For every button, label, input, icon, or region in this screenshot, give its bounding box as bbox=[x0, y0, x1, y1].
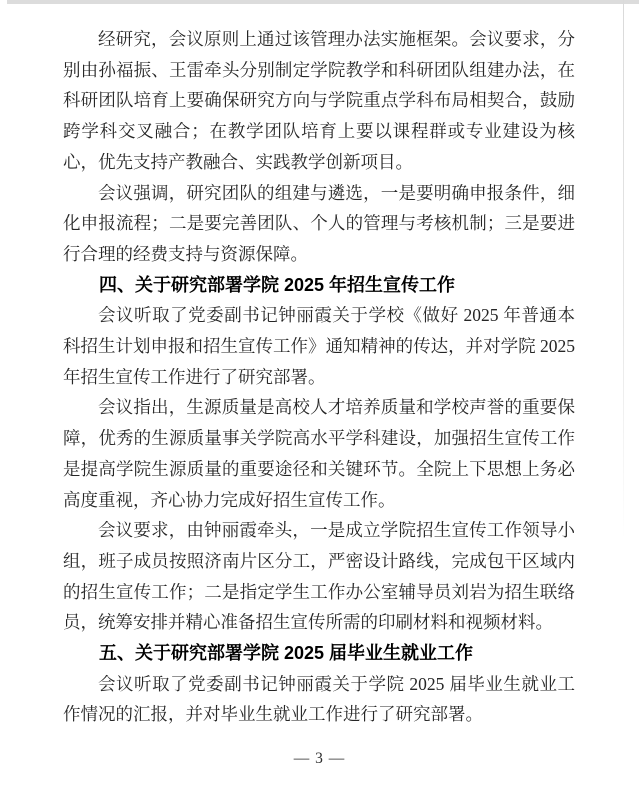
scanned-document: { "colors": { "page_background": "#fffff… bbox=[0, 0, 639, 804]
body-paragraph: 会议指出，生源质量是高校人才培养质量和学校声誉的重要保障，优秀的生源质量事关学院… bbox=[63, 392, 575, 515]
page-footer: — 3 — bbox=[0, 750, 639, 768]
document-body: 经研究，会议原则上通过该管理办法实施框架。会议要求，分别由孙福振、王雷牵头分别制… bbox=[63, 24, 575, 730]
body-paragraph: 会议听取了党委副书记钟丽霞关于学校《做好 2025 年普通本科招生计划申报和招生… bbox=[63, 300, 575, 392]
body-paragraph: 经研究，会议原则上通过该管理办法实施框架。会议要求，分别由孙福振、王雷牵头分别制… bbox=[63, 24, 575, 178]
page-number: — 3 — bbox=[294, 750, 346, 767]
scan-edge-right bbox=[623, 0, 624, 540]
section-heading: 五、关于研究部署学院 2025 届毕业生就业工作 bbox=[63, 638, 575, 669]
scan-edge-top bbox=[7, 0, 639, 4]
body-paragraph: 会议听取了党委副书记钟丽霞关于学院 2025 届毕业生就业工作情况的汇报，并对毕… bbox=[63, 669, 575, 730]
body-paragraph: 会议强调，研究团队的组建与遴选，一是要明确申报条件，细化申报流程；二是要完善团队… bbox=[63, 178, 575, 270]
section-heading: 四、关于研究部署学院 2025 年招生宣传工作 bbox=[63, 270, 575, 301]
body-paragraph: 会议要求，由钟丽霞牵头，一是成立学院招生宣传工作领导小组，班子成员按照济南片区分… bbox=[63, 515, 575, 638]
